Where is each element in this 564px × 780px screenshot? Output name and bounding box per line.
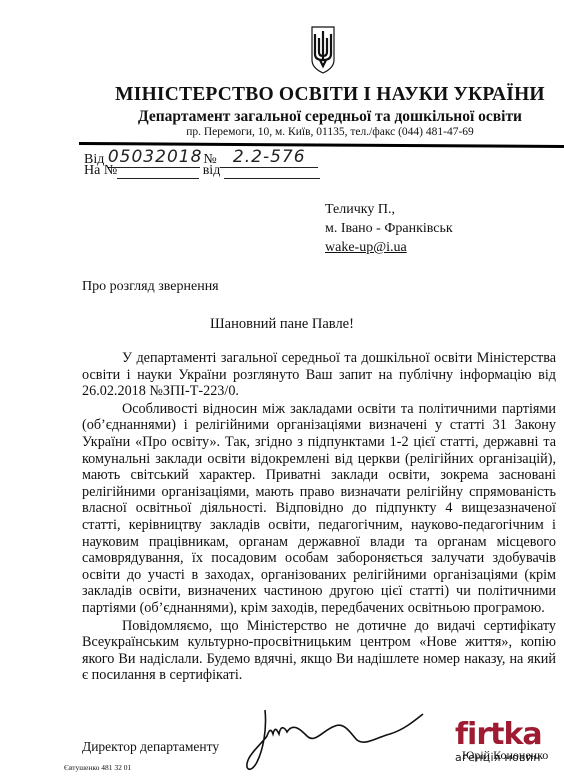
salutation: Шановний пане Павле! (0, 316, 564, 333)
reply-date-label: від (203, 163, 221, 178)
executor-contact: Євтушенко 481 32 01 (64, 763, 131, 772)
reply-date-field[interactable] (224, 164, 320, 179)
body-paragraph: Особливості відносин між закладами освіт… (82, 401, 556, 617)
trident-icon (311, 26, 335, 74)
signatory-position: Директор департаменту (82, 739, 219, 755)
signature-icon (245, 700, 425, 780)
ministry-title: МІНІСТЕРСТВО ОСВІТИ І НАУКИ УКРАЇНИ (100, 84, 560, 106)
recipient-city: м. Івано - Франківськ (325, 219, 453, 238)
firtka-logo: firtka (455, 720, 564, 750)
firtka-watermark: firtka агенція новин (455, 720, 564, 780)
firtka-tagline: агенція новин (455, 751, 564, 764)
letter-body: У департаменті загальної середньої та до… (82, 350, 556, 685)
reply-number-label: На № (84, 163, 117, 178)
recipient-email[interactable]: wake-up@i.ua (325, 238, 453, 257)
reply-number-field[interactable] (117, 164, 199, 179)
department-title: Департамент загальної середньої та дошкі… (100, 108, 560, 126)
letter-subject: Про розгляд звернення (82, 279, 219, 295)
body-paragraph: У департаменті загальної середньої та до… (82, 350, 556, 400)
registration-incoming: На № від (84, 163, 320, 179)
ministry-address: пр. Перемоги, 10, м. Київ, 01135, тел./ф… (100, 126, 560, 138)
recipient-name: Теличку П., (325, 200, 453, 219)
body-paragraph: Повідомляємо, що Міністерство не дотичне… (82, 618, 556, 684)
recipient-block: Теличку П., м. Івано - Франківськ wake-u… (325, 200, 453, 257)
